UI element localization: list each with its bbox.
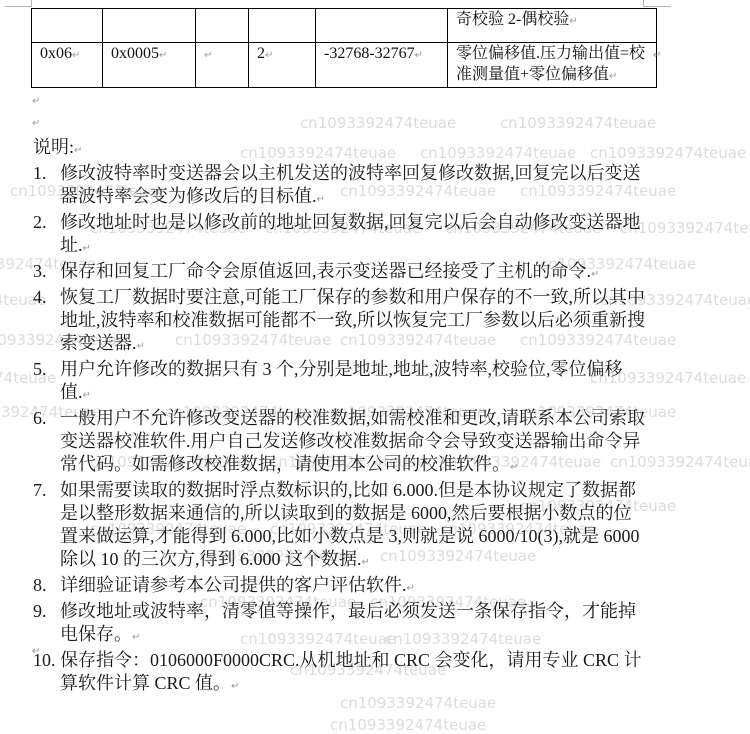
- paragraph-mark: ↵: [72, 50, 80, 61]
- list-item: 9.修改地址或波特率，清零值等操作，最后必须发送一条保存指令，才能掉电保存。↵: [33, 600, 648, 649]
- list-item: 7.如果需要读取的数据时浮点数标识的,比如 6.000.但是本协议规定了数据都是…: [33, 479, 648, 574]
- paragraph-mark: ↵: [407, 583, 415, 594]
- notes-list: 1.修改波特率时变送器会以主机发送的波特率回复修改数据,回复完以后变送器波特率会…: [33, 162, 648, 698]
- table-cell: [249, 9, 316, 43]
- list-item: 8.详细验证请参考本公司提供的客户评估软件.↵: [33, 574, 648, 600]
- list-item-number: 3.: [33, 260, 47, 283]
- table-cell-range: -32768-32767↵: [316, 43, 448, 88]
- list-item-text: 修改波特率时变送器会以主机发送的波特率回复修改数据,回复完以后变送器波特率会变为…: [60, 163, 641, 206]
- register-table: 奇校验 2-偶校验↵ 0x06↵ 0x0005↵ ↵ 2↵ -32768-327…: [31, 8, 657, 88]
- list-item-number: 5.: [33, 358, 47, 381]
- list-item: 5.用户允许修改的数据只有 3 个,分别是地址,地址,波特率,校验位,零位偏移值…: [33, 358, 648, 407]
- list-item-text: 恢复工厂数据时要注意,可能工厂保存的参数和用户保存的不一致,所以其中地址,波特率…: [60, 287, 645, 353]
- paragraph-mark: ↵: [362, 557, 370, 568]
- list-item-number: 7.: [33, 479, 47, 502]
- list-item-text: 一般用户不允许修改变送器的校准数据,如需校准和更改,请联系本公司索取变送器校准软…: [60, 408, 645, 474]
- paragraph-mark: ↵: [265, 50, 273, 61]
- paragraph-mark: ↵: [591, 269, 599, 280]
- paragraph-mark: ↵: [204, 50, 212, 61]
- list-item: 4.恢复工厂数据时要注意,可能工厂保存的参数和用户保存的不一致,所以其中地址,波…: [33, 286, 648, 358]
- list-item: 2.修改地址时也是以修改前的地址回复数据,回复完以后会自动修改变送器地址.↵: [33, 211, 648, 260]
- list-item-text: 修改地址时也是以修改前的地址回复数据,回复完以后会自动修改变送器地址.: [60, 212, 641, 255]
- table-cell-register-address: 0x0005↵: [103, 43, 196, 88]
- page-corner-mark-right: [643, 6, 671, 7]
- empty-paragraph-mark: ↵: [32, 118, 40, 129]
- table-cell: [316, 9, 448, 43]
- list-item-text: 如果需要读取的数据时浮点数标识的,比如 6.000.但是本协议规定了数据都是以整…: [60, 480, 640, 569]
- paragraph-mark: ↵: [132, 632, 140, 643]
- list-item: 1.修改波特率时变送器会以主机发送的波特率回复修改数据,回复完以后变送器波特率会…: [33, 162, 648, 211]
- empty-paragraph-mark: ↵: [32, 96, 40, 107]
- list-item-text: 详细验证请参考本公司提供的客户评估软件.: [60, 575, 407, 595]
- list-item-text: 修改地址或波特率，清零值等操作，最后必须发送一条保存指令，才能掉电保存。: [60, 601, 636, 644]
- paragraph-mark: ↵: [159, 50, 167, 61]
- list-item-number: 6.: [33, 407, 47, 430]
- table-cell: [32, 9, 103, 43]
- list-item-number: 1.: [33, 162, 47, 185]
- list-item: 10.保存指令：0106000F0000CRC.从机地址和 CRC 会变化，请用…: [33, 649, 648, 698]
- page-corner-mark-left: [5, 6, 31, 7]
- table-cell-description: 零位偏移值.压力输出值=校准测量值+零位偏移值↵: [448, 43, 657, 88]
- notes-title: 说明:↵: [33, 136, 648, 162]
- list-item: 6.一般用户不允许修改变送器的校准数据,如需校准和更改,请联系本公司索取变送器校…: [33, 407, 648, 479]
- paragraph-mark: ↵: [83, 390, 91, 401]
- paragraph-mark: ↵: [231, 681, 239, 692]
- table-cell: ↵: [196, 43, 249, 88]
- paragraph-mark: ↵: [415, 50, 423, 61]
- table-cell: [196, 9, 249, 43]
- page-corner-mark-left-vertical: [31, 0, 32, 7]
- list-item-number: 9.: [33, 600, 47, 623]
- list-item-text: 保存指令：0106000F0000CRC.从机地址和 CRC 会变化，请用专业 …: [60, 650, 642, 693]
- row-end-mark: ↵: [653, 50, 661, 61]
- table-row: 奇校验 2-偶校验↵: [32, 9, 657, 43]
- watermark-text: cn1093392474teuae: [500, 114, 656, 132]
- list-item: 3.保存和回复工厂命令会原值返回,表示变送器已经接受了主机的命令.↵: [33, 260, 648, 286]
- list-item-text: 用户允许修改的数据只有 3 个,分别是地址,地址,波特率,校验位,零位偏移值.: [60, 359, 623, 402]
- table-cell-parity-note: 奇校验 2-偶校验↵: [448, 9, 657, 43]
- page-corner-mark-right-vertical: [643, 0, 644, 7]
- list-item-number: 8.: [33, 574, 47, 597]
- empty-paragraph-mark: ↵: [32, 646, 40, 657]
- table-cell: [103, 9, 196, 43]
- paragraph-mark: ↵: [137, 341, 145, 352]
- paragraph-mark: ↵: [609, 71, 617, 82]
- watermark-text: cn1093392474teuae: [300, 114, 456, 132]
- paragraph-mark: ↵: [317, 194, 325, 205]
- list-item-text: 保存和回复工厂命令会原值返回,表示变送器已经接受了主机的命令.: [60, 261, 591, 281]
- table-row: 0x06↵ 0x0005↵ ↵ 2↵ -32768-32767↵ 零位偏移值.压…: [32, 43, 657, 88]
- list-item-number: 2.: [33, 211, 47, 234]
- list-item-number: 4.: [33, 286, 47, 309]
- table-cell-length: 2↵: [249, 43, 316, 88]
- paragraph-mark: ↵: [569, 16, 577, 27]
- watermark-text: cn1093392474teuae: [330, 716, 486, 734]
- notes-section: 说明:↵ 1.修改波特率时变送器会以主机发送的波特率回复修改数据,回复完以后变送…: [33, 136, 648, 698]
- table-cell-function-code: 0x06↵: [32, 43, 103, 88]
- paragraph-mark: ↵: [510, 462, 518, 473]
- paragraph-mark: ↵: [74, 145, 82, 156]
- paragraph-mark: ↵: [83, 243, 91, 254]
